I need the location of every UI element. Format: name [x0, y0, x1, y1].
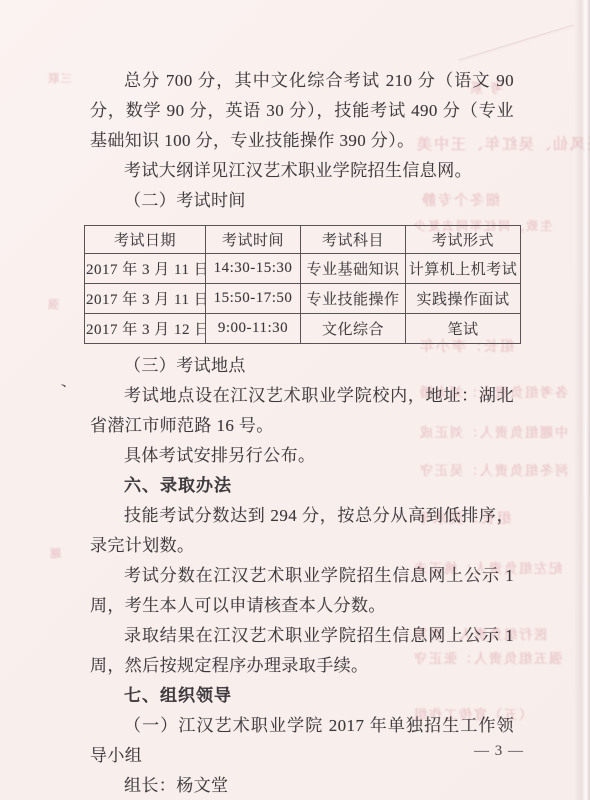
section-heading: 六、录取办法	[90, 471, 514, 501]
table-row: 2017 年 3 月 12 日9:00-11:30文化综合笔试	[85, 314, 521, 344]
table-column-header: 考试时间	[206, 226, 301, 254]
bleedthrough-text-fragment: 三联	[46, 70, 72, 86]
pen-mark: 、	[56, 367, 77, 392]
paragraph: 具体考试安排另行公布。	[90, 441, 514, 471]
table-cell: 文化综合	[301, 314, 406, 344]
section-heading: 七、组织领导	[90, 681, 514, 711]
table-column-header: 考试日期	[85, 226, 206, 254]
document-body: 总分 700 分，其中文化综合考试 210 分（语文 90 分，数学 90 分，…	[90, 66, 514, 800]
table-cell: 专业技能操作	[301, 284, 406, 314]
table-cell: 9:00-11:30	[206, 314, 301, 344]
table-cell: 笔试	[406, 314, 521, 344]
table-cell: 2017 年 3 月 11 日	[85, 284, 206, 314]
paragraph: 考试大纲详见江汉艺术职业学院招生信息网。	[90, 156, 514, 186]
paragraph: （一）江汉艺术职业学院 2017 年单独招生工作领导小组	[90, 711, 514, 771]
table-cell: 2017 年 3 月 12 日	[85, 314, 206, 344]
section-heading: （三）考试地点	[90, 351, 514, 381]
paragraph: 考试分数在江汉艺术职业学院招生信息网上公示 1 周，考生本人可以申请核查本人分数…	[90, 561, 514, 621]
bleedthrough-text-fragment: 强	[46, 296, 59, 312]
table-cell: 计算机上机考试	[406, 254, 521, 284]
table-row: 2017 年 3 月 11 日15:50-17:50专业技能操作实践操作面试	[85, 284, 521, 314]
table-cell: 实践操作面试	[406, 284, 521, 314]
scanned-document-page: 考 系任风仙、吴红年、王中美细冬个专静生致，同红军同去复少组长：李小年各考组负责…	[0, 0, 590, 800]
section-heading: （二）考试时间	[90, 186, 514, 216]
table-column-header: 考试形式	[406, 226, 521, 254]
table-cell: 15:50-17:50	[206, 284, 301, 314]
page-edge-shadow	[574, 0, 590, 800]
paragraph: 组长：杨文堂	[90, 771, 514, 800]
paper-crease	[458, 24, 573, 60]
table-column-header: 考试科目	[301, 226, 406, 254]
paragraph: 考试地点设在江汉艺术职业学院校内，地址：湖北省潜江市师范路 16 号。	[90, 381, 514, 441]
exam-schedule-table: 考试日期考试时间考试科目考试形式2017 年 3 月 11 日14:30-15:…	[84, 225, 521, 344]
paragraph: 录取结果在江汉艺术职业学院招生信息网上公示 1 周，然后按规定程序办理录取手续。	[90, 621, 514, 681]
paragraph: 技能考试分数达到 294 分，按总分从高到低排序，录完计划数。	[90, 501, 514, 561]
table-cell: 专业基础知识	[301, 254, 406, 284]
page-number: — 3 —	[474, 743, 524, 760]
table-row: 2017 年 3 月 11 日14:30-15:30专业基础知识计算机上机考试	[85, 254, 521, 284]
table-cell: 2017 年 3 月 11 日	[85, 254, 206, 284]
bleedthrough-text-fragment: 题	[48, 545, 61, 561]
table-cell: 14:30-15:30	[206, 254, 301, 284]
paragraph: 总分 700 分，其中文化综合考试 210 分（语文 90 分，数学 90 分，…	[90, 66, 514, 156]
